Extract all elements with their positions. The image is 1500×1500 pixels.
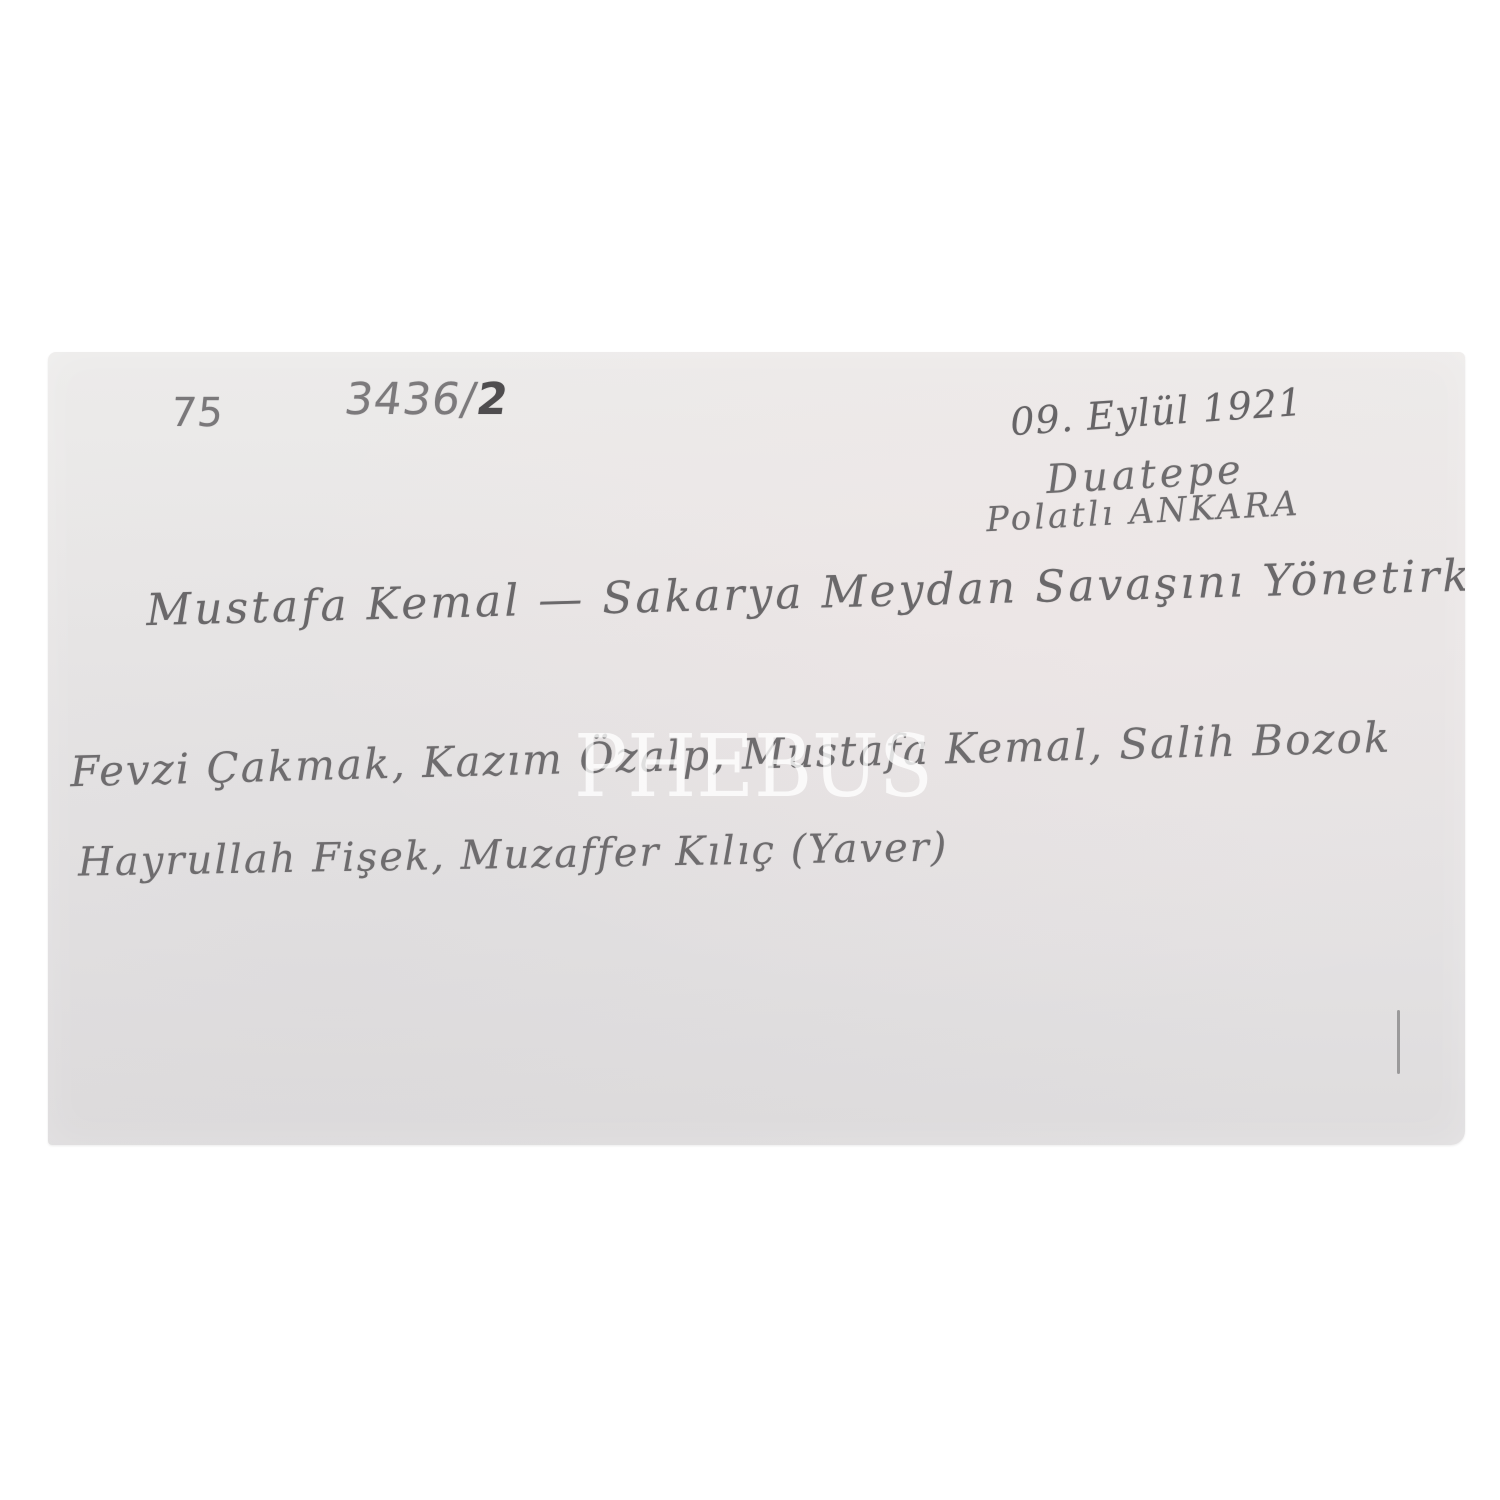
- reference-number-suffix: 2: [473, 374, 512, 425]
- photo-stage: 75 3436/2 09. Eylül 1921 Duatepe Polatlı…: [0, 0, 1500, 1500]
- location-line-2: Polatlı ANKARA: [985, 484, 1301, 540]
- names-line-2: Hayrullah Fişek, Muzaffer Kılıç (Yaver): [78, 824, 949, 885]
- photo-back-card: 75 3436/2 09. Eylül 1921 Duatepe Polatlı…: [48, 352, 1465, 1145]
- reference-number: 3436/2: [341, 374, 512, 425]
- top-left-number: 75: [169, 390, 227, 436]
- caption-note: Mustafa Kemal — Sakarya Meydan Savaşını …: [146, 549, 1465, 636]
- names-line-1: Fevzi Çakmak, Kazım Özalp, Mustafa Kemal…: [70, 713, 1392, 797]
- pencil-tick-mark: [1397, 1010, 1400, 1074]
- reference-number-base: 3436/: [341, 374, 480, 425]
- date-note: 09. Eylül 1921: [1009, 380, 1305, 444]
